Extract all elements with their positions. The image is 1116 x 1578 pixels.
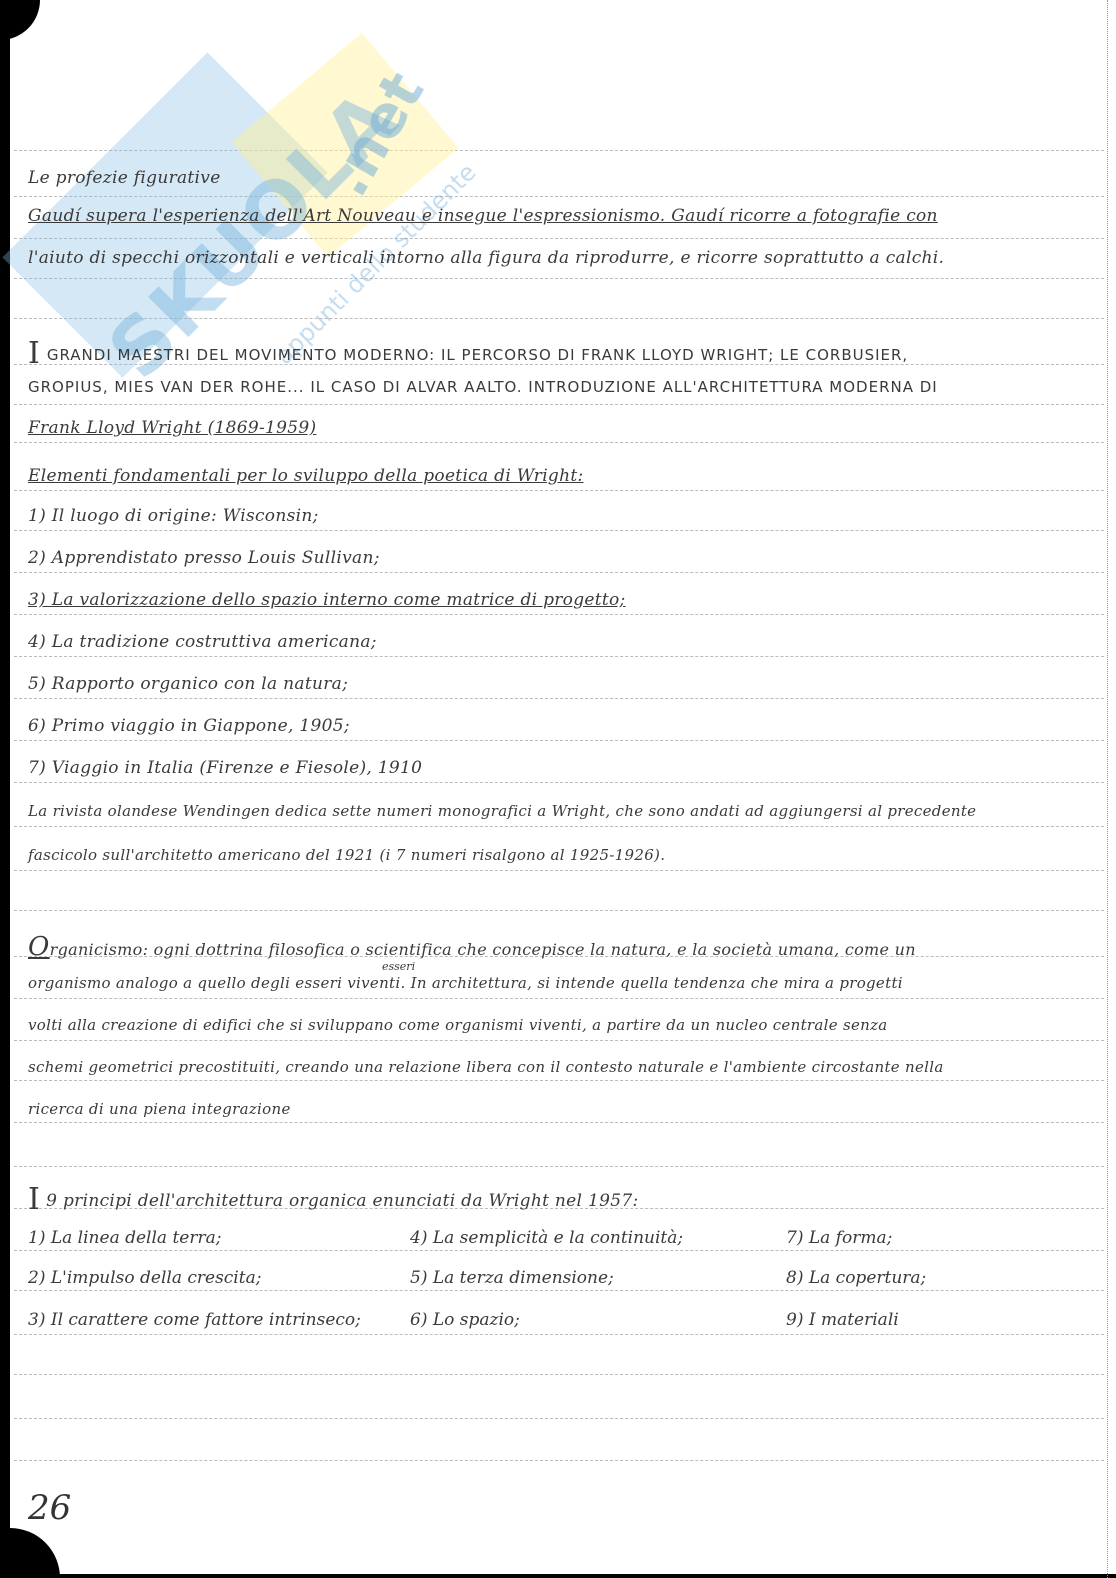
principle-item: 2) L'impulso della crescita; — [28, 1268, 261, 1288]
scan-edge-left — [0, 0, 10, 1578]
heading-text: GRANDI MAESTRI DEL MOVIMENTO MODERNO: IL… — [47, 346, 908, 364]
element-item: 2) Apprendistato presso Louis Sullivan; — [28, 548, 380, 568]
organicism-text: rganicismo: ogni dottrina filosofica o s… — [50, 940, 916, 959]
masters-heading-line: Frank Lloyd Wright (1869-1959) — [28, 418, 316, 438]
element-item: 7) Viaggio in Italia (Firenze e Fiesole)… — [28, 758, 422, 778]
heading-initial: I — [28, 336, 41, 371]
heading-initial: I — [28, 1182, 40, 1217]
page-number: 26 — [28, 1488, 71, 1528]
element-item: 1) Il luogo di origine: Wisconsin; — [28, 506, 319, 526]
element-item: 4) La tradizione costruttiva americana; — [28, 632, 377, 652]
intro-line: l'aiuto di specchi orizzontali e vertica… — [28, 248, 944, 268]
note-line: fascicolo sull'architetto americano del … — [28, 846, 665, 864]
principle-item: 8) La copertura; — [786, 1268, 926, 1288]
principle-item: 3) Il carattere come fattore intrinseco; — [28, 1310, 361, 1330]
scan-edge-bottom — [0, 1574, 1116, 1578]
organicism-line: ricerca di una piena integrazione — [28, 1100, 291, 1118]
principles-heading: I9 principi dell'architettura organica e… — [28, 1182, 638, 1217]
principle-item: 4) La semplicità e la continuità; — [410, 1228, 683, 1248]
principle-item: 5) La terza dimensione; — [410, 1268, 614, 1288]
heading-text: 9 principi dell'architettura organica en… — [46, 1191, 638, 1211]
element-item: 3) La valorizzazione dello spazio intern… — [28, 590, 626, 610]
organicism-line: Organicismo: ogni dottrina filosofica o … — [28, 932, 916, 962]
element-item: 5) Rapporto organico con la natura; — [28, 674, 348, 694]
note-line: La rivista olandese Wendingen dedica set… — [28, 802, 976, 820]
masters-heading: IGRANDI MAESTRI DEL MOVIMENTO MODERNO: I… — [28, 336, 908, 371]
masters-heading-line: GROPIUS, MIES VAN DER ROHE... IL CASO DI… — [28, 378, 938, 396]
intro-line: Gaudí supera l'esperienza dell'Art Nouve… — [28, 206, 938, 226]
correction-note: esseri — [382, 960, 415, 973]
elements-subheading: Elementi fondamentali per lo sviluppo de… — [28, 466, 584, 486]
scan-corner-bottom-left — [0, 1528, 60, 1578]
principle-item: 7) La forma; — [786, 1228, 892, 1248]
principle-item: 6) Lo spazio; — [410, 1310, 520, 1330]
organicism-line: volti alla creazione di edifici che si s… — [28, 1016, 888, 1034]
principle-item: 1) La linea della terra; — [28, 1228, 221, 1248]
principle-item: 9) I materiali — [786, 1310, 899, 1330]
scan-corner-top-left — [0, 0, 40, 40]
watermark-tld: .net — [313, 61, 437, 208]
organicism-term: O — [28, 932, 50, 962]
page-right-edge — [1106, 0, 1108, 1578]
organicism-line: organismo analogo a quello degli esseri … — [28, 974, 903, 992]
organicism-line: schemi geometrici precostituiti, creando… — [28, 1058, 944, 1076]
intro-title: Le profezie figurative — [28, 168, 221, 188]
element-item: 6) Primo viaggio in Giappone, 1905; — [28, 716, 350, 736]
